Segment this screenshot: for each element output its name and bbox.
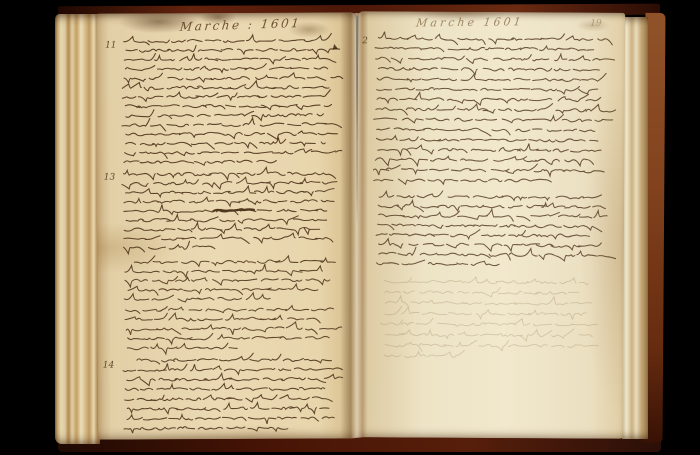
entry-margin-number: 2	[362, 36, 368, 46]
handwriting-block	[375, 192, 622, 280]
left-page: Marche : 1601 111314▲	[96, 12, 358, 439]
handwriting-block	[380, 277, 605, 373]
entry-margin-number: 13	[104, 173, 116, 183]
handwriting-block	[123, 355, 352, 444]
handwriting-block	[122, 169, 350, 263]
left-page-edge-stack	[55, 14, 100, 444]
photograph: Marche : 1601 111314▲ Marche 1601 19 2	[0, 0, 700, 455]
right-page-header: Marche 1601	[415, 15, 524, 29]
manuscript-book: Marche : 1601 111314▲ Marche 1601 19 2	[0, 0, 700, 455]
handwriting-block	[121, 36, 352, 177]
left-page-header: Marche : 1601	[179, 16, 302, 34]
entry-margin-number: 14	[103, 361, 115, 371]
handwriting-block	[373, 34, 627, 197]
entry-margin-number: 11	[105, 41, 117, 51]
folio-number: 19	[590, 19, 602, 29]
right-page: Marche 1601 19 2	[356, 11, 626, 439]
